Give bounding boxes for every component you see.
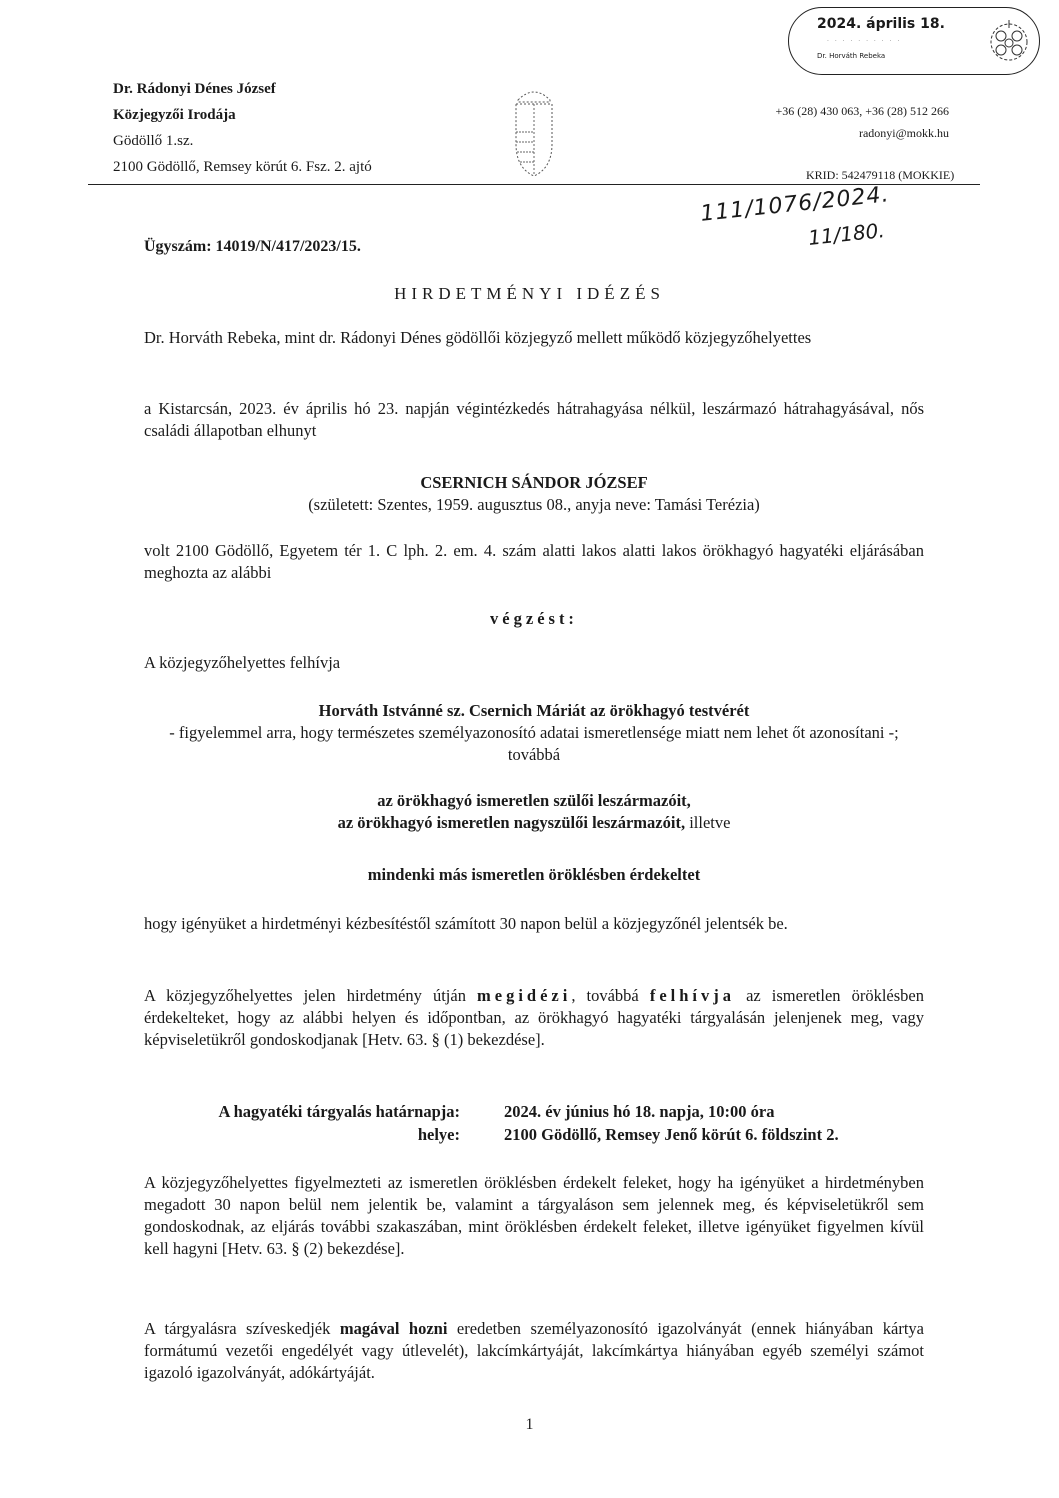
case-number: Ügyszám: 14019/N/417/2023/15. xyxy=(144,238,361,256)
office-header: Dr. Rádonyi Dénes József Közjegyzői Irod… xyxy=(113,76,372,180)
documents-emphasis: magával hozni xyxy=(340,1319,448,1338)
hungarian-coat-of-arms-icon xyxy=(508,82,560,178)
stamp-signer: Dr. Horváth Rebeka xyxy=(817,52,885,60)
office-name: Közjegyzői Irodája xyxy=(113,102,372,128)
paragraph-summons-intro: A közjegyzőhelyettes felhívja xyxy=(144,652,924,674)
krid-code: KRID: 542479118 (MOKKIE) xyxy=(806,168,954,183)
paragraph-documents-to-bring: A tárgyalásra szíveskedjék magával hozni… xyxy=(144,1318,924,1384)
page-number: 1 xyxy=(0,1416,1059,1434)
paragraph-claim-deadline: hogy igényüket a hirdetményi kézbesítést… xyxy=(144,913,924,935)
hearing-date-value: 2024. év június hó 18. napja, 10:00 óra xyxy=(504,1101,774,1123)
group-grandparent-descendants: az örökhagyó ismeretlen nagyszülői leszá… xyxy=(144,812,924,834)
addressee-name: Horváth Istvánné sz. Csernich Máriát az … xyxy=(144,700,924,722)
handwritten-sub-number: 11/180. xyxy=(807,218,886,250)
document-title: HIRDETMÉNYI IDÉZÉS xyxy=(0,284,1059,304)
paragraph-summons: A közjegyzőhelyettes jelen hirdetmény út… xyxy=(144,985,924,1051)
summons-text-c: , továbbá xyxy=(571,986,650,1005)
contact-info: +36 (28) 430 063, +36 (28) 512 266 radon… xyxy=(775,100,949,144)
deceased-details: (született: Szentes, 1959. augusztus 08.… xyxy=(144,494,924,516)
paragraph-residence: volt 2100 Gödöllő, Egyetem tér 1. C lph.… xyxy=(144,540,924,584)
group-grandparent-rest: illetve xyxy=(685,813,730,832)
hearing-date-row: A hagyatéki tárgyalás határnapja:2024. é… xyxy=(144,1101,924,1123)
notary-name: Dr. Rádonyi Dénes József xyxy=(113,76,372,102)
header-divider xyxy=(88,184,980,185)
hearing-date-label: A hagyatéki tárgyalás határnapja: xyxy=(144,1101,460,1123)
summons-text-a: A közjegyzőhelyettes jelen hirdetmény út… xyxy=(144,986,477,1005)
decision-heading: végzést: xyxy=(144,608,924,630)
documents-text-a: A tárgyalásra szíveskedjék xyxy=(144,1319,340,1338)
paragraph-issuer: Dr. Horváth Rebeka, mint dr. Rádonyi Dén… xyxy=(144,327,924,349)
paragraph-decedent-circumstances: a Kistarcsán, 2023. év április hó 23. na… xyxy=(144,398,924,442)
hearing-place-value: 2100 Gödöllő, Remsey Jenő körút 6. földs… xyxy=(504,1124,839,1146)
hearing-place-row: helye:2100 Gödöllő, Remsey Jenő körút 6.… xyxy=(144,1124,924,1146)
stamp-date: 2024. április 18. xyxy=(817,16,945,32)
paragraph-warning: A közjegyzőhelyettes figyelmezteti az is… xyxy=(144,1172,924,1260)
summons-emphasis-megidezi: megidézi xyxy=(477,986,571,1005)
stamp-emblem-icon xyxy=(987,18,1031,66)
summons-emphasis-felhivja: felhívja xyxy=(650,986,735,1005)
addressee-note: - figyelemmel arra, hogy természetes sze… xyxy=(144,722,924,766)
hearing-place-label: helye: xyxy=(144,1124,460,1146)
stamp-signature-dots: · · · · · · · · · · xyxy=(827,38,901,45)
group-other-interested: mindenki más ismeretlen öröklésben érdek… xyxy=(144,864,924,886)
group-parent-descendants: az örökhagyó ismeretlen szülői leszármaz… xyxy=(144,790,924,812)
group-grandparent-bold: az örökhagyó ismeretlen nagyszülői leszá… xyxy=(338,813,686,832)
office-seat: Gödöllő 1.sz. xyxy=(113,128,372,154)
deceased-name: CSERNICH SÁNDOR JÓZSEF xyxy=(144,472,924,494)
email-address: radonyi@mokk.hu xyxy=(775,122,949,144)
office-address: 2100 Gödöllő, Remsey körút 6. Fsz. 2. aj… xyxy=(113,154,372,180)
received-stamp: 2024. április 18. · · · · · · · · · · Dr… xyxy=(788,7,1040,75)
phone-numbers: +36 (28) 430 063, +36 (28) 512 266 xyxy=(775,100,949,122)
